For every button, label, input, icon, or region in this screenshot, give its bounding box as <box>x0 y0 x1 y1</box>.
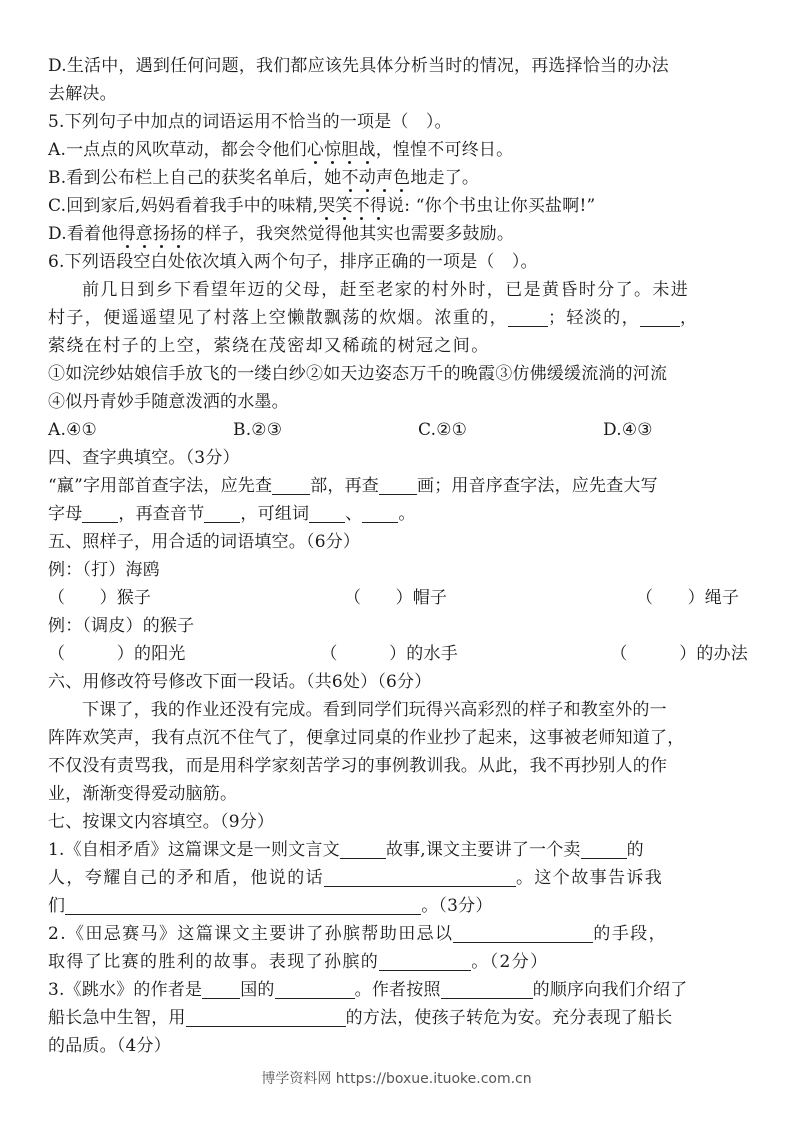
answer-blank[interactable] <box>82 502 118 523</box>
option-text: A.一点点的风吹草动，都会令他们 <box>48 140 307 160</box>
section-4-line2: 字母，再查音节，可组词、。 <box>48 500 748 528</box>
section-7-title: 七、按课文内容填空。（9分） <box>48 808 748 836</box>
section-7-q1-line2: 人，夸耀自己的矛和盾，他说的话。这个故事告诉我 <box>48 864 748 892</box>
q6-passage-line3: 萦绕在村子的上空，萦绕在茂密却又稀疏的树冠之间。 <box>48 332 748 360</box>
question-text: 故事,课文主要讲了一个卖 <box>386 840 581 860</box>
question-text: 们 <box>48 896 65 916</box>
section-6-line1: 下课了，我的作业还没有完成。看到同学们玩得兴高彩烈的样子和教室外的一 <box>48 696 748 724</box>
fill-item[interactable]: （ ）的办法 <box>610 640 748 668</box>
answer-blank[interactable] <box>309 502 345 523</box>
fill-item[interactable]: （ ）的阳光 <box>48 640 320 668</box>
question-text: ，再查音节 <box>118 504 204 524</box>
question-text: 国的 <box>240 980 274 1000</box>
answer-blank[interactable] <box>340 838 386 859</box>
option-text: C.回到家后,妈妈看着我手中的味精, <box>48 196 318 216</box>
answer-blank[interactable] <box>453 922 593 943</box>
question-text: 3.《跳水》的作者是 <box>48 980 202 1000</box>
dotted-char: 胆 <box>341 140 358 160</box>
passage-text: ；轻淡的， <box>548 308 640 328</box>
dotted-char: 惊 <box>324 140 341 160</box>
answer-blank[interactable] <box>324 866 516 887</box>
q4-option-d-line2: 去解决。 <box>48 80 748 108</box>
question-text: “羸”字用部首查字法，应先查 <box>48 476 272 496</box>
answer-blank[interactable] <box>272 474 310 495</box>
section-5-row1: （ ）猴子 （ ）帽子 （ ）绳子 <box>48 584 748 612</box>
fill-item[interactable]: （ ）绳子 <box>636 584 739 612</box>
q6-passage-line2: 村子，便遥遥望见了村落上空懒散飘荡的炊烟。浓重的，；轻淡的，， <box>48 304 748 332</box>
dotted-char: 声 <box>376 168 393 188</box>
dotted-char: 笑 <box>335 196 352 216</box>
question-text: 。这个故事告诉我 <box>516 868 663 888</box>
option-text: 的样子，我突然觉得他其实也需要多鼓励。 <box>187 224 514 244</box>
q5-option-a: A.一点点的风吹草动，都会令他们心惊胆战，惶惶不可终日。 <box>48 136 748 164</box>
dotted-char: 战 <box>359 140 376 160</box>
section-6-line4: 业，渐渐变得爱动脑筋。 <box>48 780 748 808</box>
section-5-title: 五、照样子，用合适的词语填空。（6分） <box>48 528 748 556</box>
q5-option-c: C.回到家后,妈妈看着我手中的味精,哭笑不得说: “你个书虫让你买盐啊!” <box>48 192 748 220</box>
section-7-q3-line3: 的品质。（4分） <box>48 1032 748 1060</box>
passage-text: 村子，便遥遥望见了村落上空懒散飘荡的炊烟。浓重的， <box>48 308 508 328</box>
question-text: 。作者按照 <box>355 980 441 1000</box>
answer-blank[interactable] <box>581 838 627 859</box>
question-text: 1.《自相矛盾》这篇课文是一则文言文 <box>48 840 340 860</box>
answer-blank[interactable] <box>202 978 240 999</box>
dotted-char: 不 <box>342 168 359 188</box>
question-text: 、 <box>345 504 362 524</box>
answer-blank[interactable] <box>379 474 417 495</box>
section-4-line1: “羸”字用部首查字法，应先查部，再查画；用音序查字法，应先查大写 <box>48 472 748 500</box>
answer-blank[interactable] <box>204 502 240 523</box>
q6-stem: 6.下列语段空白处依次填入两个句子，排序正确的一项是（ ）。 <box>48 248 748 276</box>
answer-blank[interactable] <box>275 978 355 999</box>
section-7-q3-line2: 船长急中生智，用的方法，使孩子转危为安。充分表现了船长 <box>48 1004 748 1032</box>
section-6-line3: 不仅没有责骂我，而是用科学家刻苦学习的事例教训我。从此，我不再抄别人的作 <box>48 752 748 780</box>
q5-stem: 5.下列句子中加点的词语运用不恰当的一项是（ ）。 <box>48 108 748 136</box>
page-footer-watermark: 博学资料网 https://boxue.ituoke.com.cn <box>0 1068 793 1088</box>
question-text: 2.《田忌赛马》这篇课文主要讲了孙膑帮助田忌以 <box>48 924 453 944</box>
question-text: ，可组词 <box>240 504 309 524</box>
section-6-title: 六、用修改符号修改下面一段话。（共6处）（6分） <box>48 668 748 696</box>
dotted-char: 心 <box>307 140 324 160</box>
question-text: 字母 <box>48 504 82 524</box>
section-5-row2: （ ）的阳光 （ ）的水手 （ ）的办法 <box>48 640 748 668</box>
answer-option-a[interactable]: A.④① <box>48 416 233 444</box>
question-text: 画；用音序查字法，应先查大写 <box>417 476 658 496</box>
q6-answers: A.④① B.②③ C.②① D.④③ <box>48 416 748 444</box>
section-7-q3-line1: 3.《跳水》的作者是国的。作者按照的顺序向我们介绍了 <box>48 976 748 1004</box>
dotted-char: 得 <box>118 224 135 244</box>
option-text: 说: “你个书虫让你买盐啊!” <box>387 196 595 216</box>
dotted-char: 哭 <box>318 196 335 216</box>
answer-option-b[interactable]: B.②③ <box>233 416 418 444</box>
q6-choices-line1: ①如浣纱姑娘信手放飞的一缕白纱②如天边姿态万千的晚霞③仿佛缓缓流淌的河流 <box>48 360 748 388</box>
q6-choices-line2: ④似丹青妙手随意泼洒的水墨。 <box>48 388 748 416</box>
question-text: 船长急中生智，用 <box>48 1008 186 1028</box>
question-text: 。（2分） <box>471 952 548 972</box>
section-7-q2-line2: 取得了比赛的胜利的故事。表现了孙膑的。（2分） <box>48 948 748 976</box>
fill-item[interactable]: （ ）的水手 <box>320 640 610 668</box>
question-text: 取得了比赛的胜利的故事。表现了孙膑的 <box>48 952 379 972</box>
section-6-line2: 阵阵欢笑声，我有点沉不住气了，便拿过同桌的作业抄了起来，这事被老师知道了， <box>48 724 748 752</box>
section-5-example1: 例：（打）海鸥 <box>48 556 748 584</box>
dotted-char: 扬 <box>153 224 170 244</box>
answer-blank[interactable] <box>640 306 680 327</box>
q5-option-b: B.看到公布栏上自己的获奖名单后，她不动声色地走了。 <box>48 164 748 192</box>
section-7-q2-line1: 2.《田忌赛马》这篇课文主要讲了孙膑帮助田忌以的手段， <box>48 920 748 948</box>
answer-blank[interactable] <box>65 894 421 915</box>
section-5-example2: 例：（调皮）的猴子 <box>48 612 748 640</box>
q5-option-d: D.看着他得意扬扬的样子，我突然觉得他其实也需要多鼓励。 <box>48 220 748 248</box>
dotted-char: 扬 <box>170 224 187 244</box>
fill-item[interactable]: （ ）帽子 <box>344 584 636 612</box>
question-text: 。（3分） <box>421 896 492 916</box>
dotted-char: 不 <box>353 196 370 216</box>
answer-blank[interactable] <box>508 306 548 327</box>
q4-option-d-line1: D.生活中，遇到任何问题，我们都应该先具体分析当时的情况，再选择恰当的办法 <box>48 52 748 80</box>
dotted-char: 意 <box>136 224 153 244</box>
q6-passage-line1: 前几日到乡下看望年迈的父母，赶至老家的村外时，已是黄昏时分了。未进 <box>48 276 748 304</box>
option-text: D.看着他 <box>48 224 118 244</box>
question-text: 的顺序向我们介绍了 <box>533 980 688 1000</box>
exam-page: D.生活中，遇到任何问题，我们都应该先具体分析当时的情况，再选择恰当的办法 去解… <box>48 52 748 1060</box>
answer-blank[interactable] <box>362 502 398 523</box>
question-text: 人，夸耀自己的矛和盾，他说的话 <box>48 868 324 888</box>
answer-blank[interactable] <box>186 1006 346 1027</box>
answer-option-c[interactable]: C.②① <box>418 416 603 444</box>
passage-text: ， <box>680 308 698 328</box>
dotted-char: 色 <box>393 168 410 188</box>
fill-item[interactable]: （ ）猴子 <box>48 584 344 612</box>
section-7-q1-line3: 们。（3分） <box>48 892 748 920</box>
question-text: 的方法，使孩子转危为安。充分表现了船长 <box>346 1008 673 1028</box>
question-text: 。 <box>398 504 415 524</box>
option-text: B.看到公布栏上自己的获奖名单后，她 <box>48 168 342 188</box>
dotted-char: 得 <box>370 196 387 216</box>
question-text: 部，再查 <box>310 476 379 496</box>
question-text: 的手段， <box>593 924 667 944</box>
option-text: 地走了。 <box>410 168 479 188</box>
option-text: ，惶惶不可终日。 <box>376 140 514 160</box>
answer-option-d[interactable]: D.④③ <box>603 416 653 444</box>
answer-blank[interactable] <box>441 978 533 999</box>
dotted-char: 动 <box>359 168 376 188</box>
section-4-title: 四、查字典填空。（3分） <box>48 444 748 472</box>
section-7-q1-line1: 1.《自相矛盾》这篇课文是一则文言文故事,课文主要讲了一个卖的 <box>48 836 748 864</box>
question-text: 的 <box>627 840 644 860</box>
answer-blank[interactable] <box>379 950 471 971</box>
